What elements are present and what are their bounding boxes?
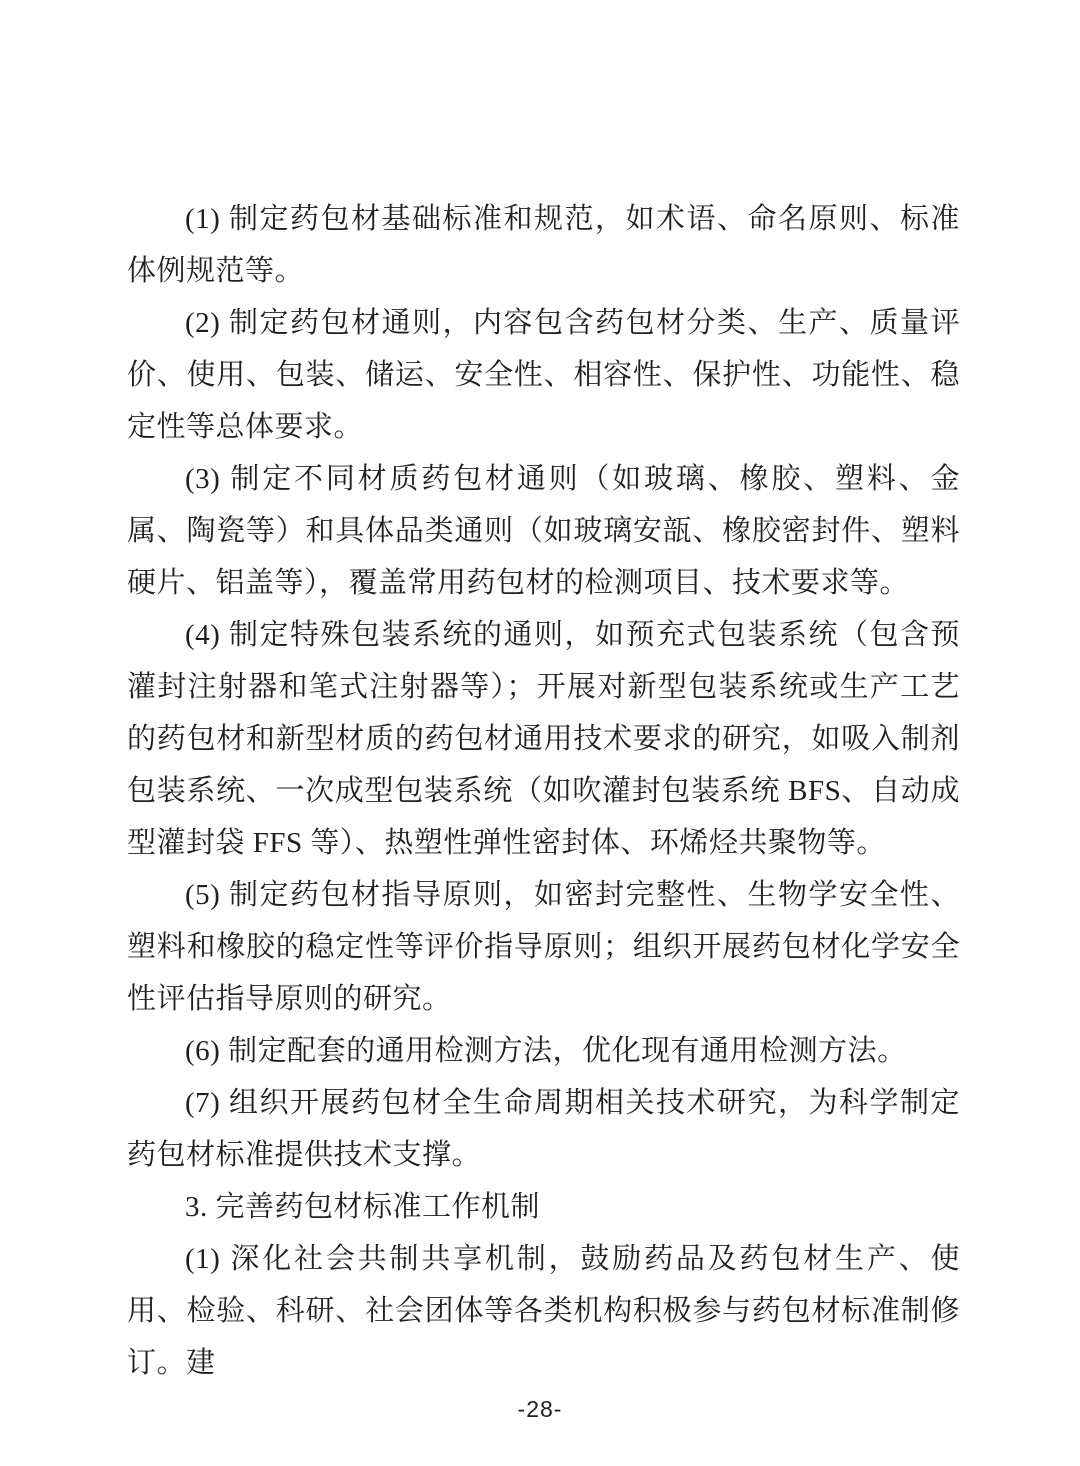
document-text-block: (1) 制定药包材基础标准和规范，如术语、命名原则、标准体例规范等。 (2) 制… — [127, 193, 960, 1389]
paragraph-item-3: (3) 制定不同材质药包材通则（如玻璃、橡胶、塑料、金属、陶瓷等）和具体品类通则… — [127, 453, 960, 609]
document-page: (1) 制定药包材基础标准和规范，如术语、命名原则、标准体例规范等。 (2) 制… — [0, 0, 1080, 1466]
paragraph-item-6: (6) 制定配套的通用检测方法，优化现有通用检测方法。 — [127, 1025, 960, 1077]
page-number: -28- — [518, 1396, 563, 1422]
paragraph-item-1: (1) 制定药包材基础标准和规范，如术语、命名原则、标准体例规范等。 — [127, 193, 960, 297]
paragraph-item-8: (1) 深化社会共制共享机制，鼓励药品及药包材生产、使用、检验、科研、社会团体等… — [127, 1233, 960, 1389]
paragraph-item-4: (4) 制定特殊包装系统的通则，如预充式包装系统（包含预灌封注射器和笔式注射器等… — [127, 609, 960, 869]
paragraph-item-5: (5) 制定药包材指导原则，如密封完整性、生物学安全性、塑料和橡胶的稳定性等评价… — [127, 869, 960, 1025]
paragraph-item-7: (7) 组织开展药包材全生命周期相关技术研究，为科学制定药包材标准提供技术支撑。 — [127, 1077, 960, 1181]
page-footer: -28- — [0, 1396, 1080, 1423]
paragraph-item-2: (2) 制定药包材通则，内容包含药包材分类、生产、质量评价、使用、包装、储运、安… — [127, 297, 960, 453]
section-heading-3: 3. 完善药包材标准工作机制 — [127, 1181, 960, 1233]
